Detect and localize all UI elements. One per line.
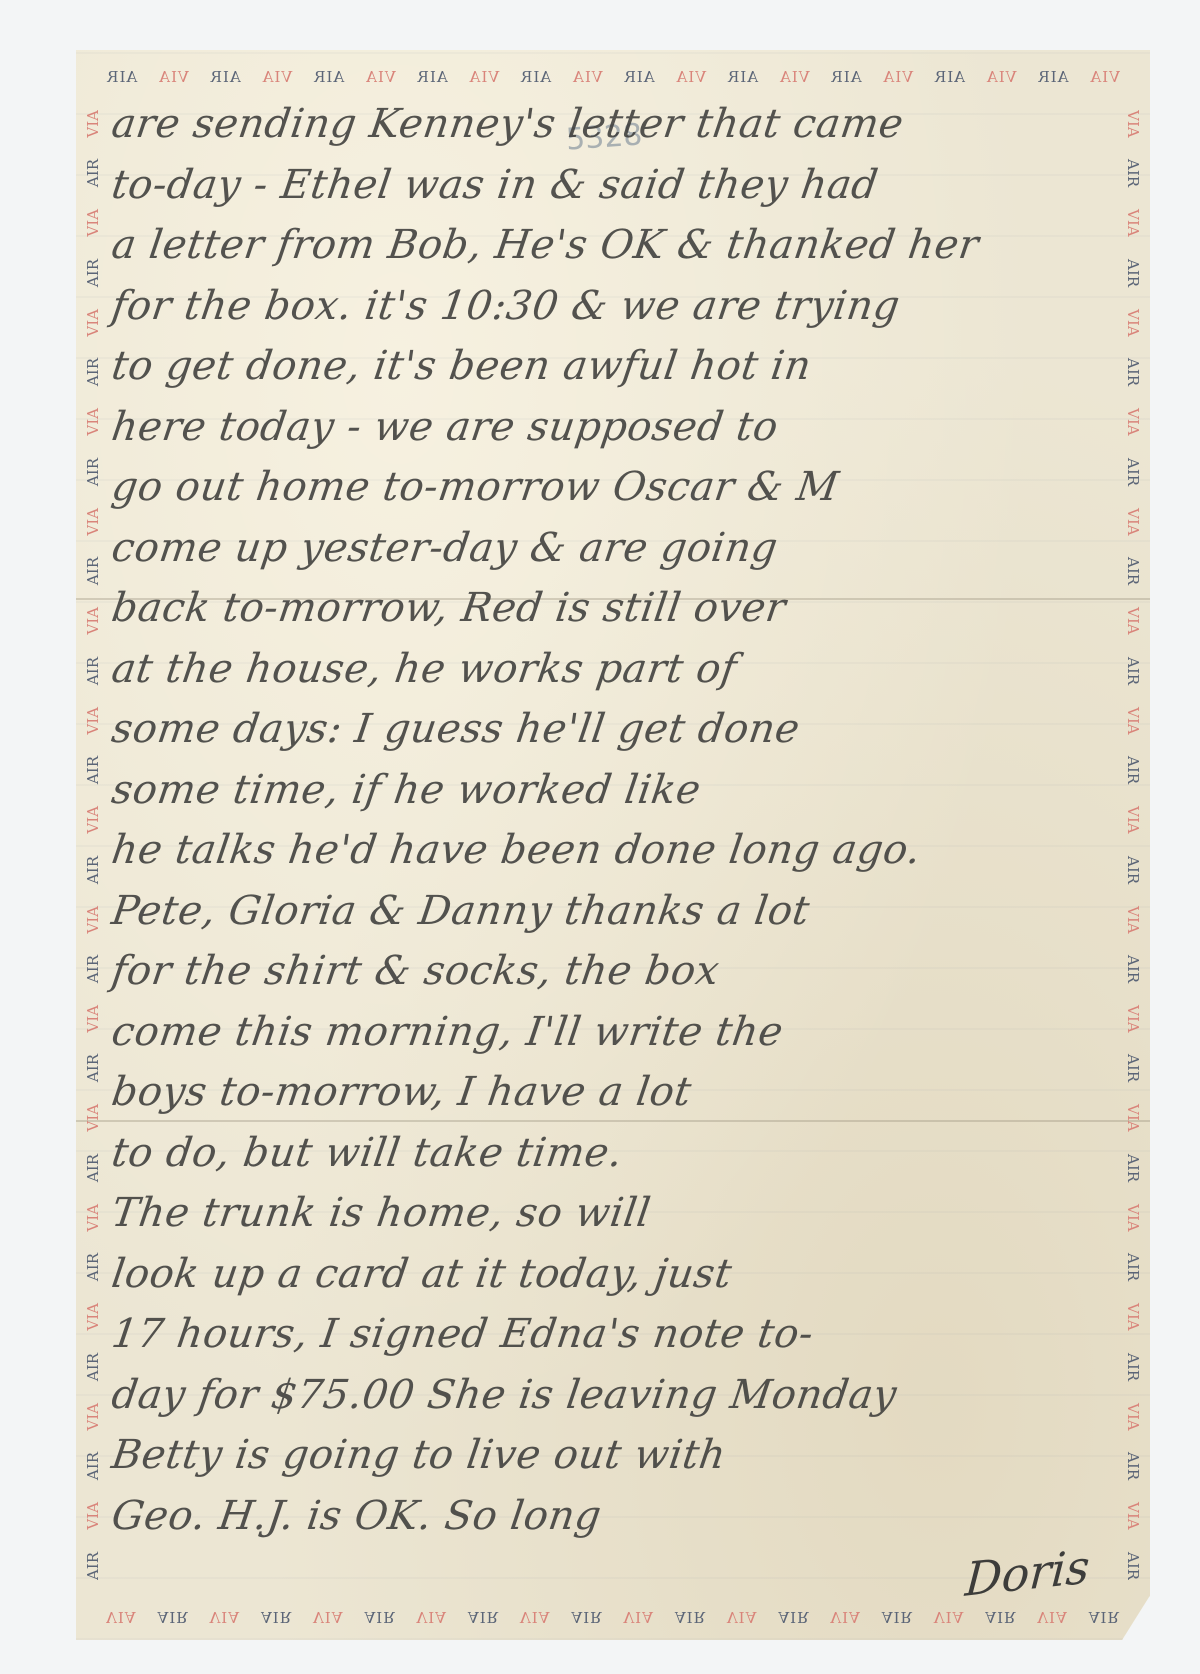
airmail-border-word: VIA [84, 906, 106, 934]
airmail-border-word: AIR [520, 68, 551, 90]
airmail-border-word: VIA [84, 1303, 106, 1331]
handwritten-line: The trunk is home, so will [108, 1183, 1127, 1244]
letter-page: VIAAIRVIAAIRVIAAIRVIAAIRVIAAIRVIAAIRVIAA… [76, 50, 1150, 1640]
airmail-border-word: VIA [365, 68, 396, 90]
airmail-border-word: AIR [84, 159, 106, 187]
airmail-border-word: AIR [934, 68, 965, 90]
airmail-border-word: VIA [779, 68, 810, 90]
airmail-border-word: AIR [831, 68, 862, 90]
airmail-border-word: VIA [520, 1604, 551, 1626]
handwritten-line: he talks he'd have been done long ago. [108, 820, 1127, 881]
airmail-border-word: VIA [727, 1604, 758, 1626]
handwritten-line: 17 hours, I signed Edna's note to- [108, 1304, 1127, 1365]
airmail-border-word: VIA [84, 1104, 106, 1132]
airmail-border-word: VIA [84, 1204, 106, 1232]
airmail-border-word: VIA [934, 1604, 965, 1626]
airmail-border-word: VIA [209, 1604, 240, 1626]
airmail-border-top: VIAAIRVIAAIRVIAAIRVIAAIRVIAAIRVIAAIRVIAA… [106, 68, 1120, 90]
airmail-border-word: VIA [84, 508, 106, 536]
handwritten-line: Pete, Gloria & Danny thanks a lot [108, 881, 1127, 942]
handwritten-line: to get done, it's been awful hot in [108, 336, 1127, 397]
airmail-border-word: VIA [262, 68, 293, 90]
airmail-border-word: AIR [778, 1604, 809, 1626]
handwritten-line: go out home to-morrow Oscar & M [108, 457, 1127, 518]
airmail-border-word: VIA [84, 1005, 106, 1033]
airmail-border-word: AIR [1120, 1552, 1142, 1580]
airmail-border-word: AIR [84, 557, 106, 585]
airmail-border-word: VIA [1120, 607, 1142, 635]
airmail-border-word: VIA [106, 1604, 137, 1626]
airmail-border-word: AIR [84, 458, 106, 486]
airmail-border-word: VIA [84, 607, 106, 635]
airmail-border-word: AIR [571, 1604, 602, 1626]
airmail-border-word: VIA [84, 806, 106, 834]
airmail-border-word: AIR [261, 1604, 292, 1626]
handwritten-line: come up yester-day & are going [108, 518, 1127, 579]
airmail-border-word: AIR [1120, 657, 1142, 685]
airmail-border-word: AIR [1089, 1604, 1120, 1626]
airmail-border-right: VIAAIRVIAAIRVIAAIRVIAAIRVIAAIRVIAAIRVIAA… [1120, 110, 1142, 1580]
airmail-border-word: AIR [727, 68, 758, 90]
handwritten-line: day for $75.00 She is leaving Monday [108, 1365, 1127, 1426]
airmail-border-word: VIA [416, 1604, 447, 1626]
handwritten-line: Betty is going to live out with [108, 1425, 1127, 1486]
airmail-border-word: AIR [106, 68, 137, 90]
handwritten-line: look up a card at it today, just [108, 1244, 1127, 1305]
airmail-border-word: AIR [158, 1604, 189, 1626]
handwritten-line: a letter from Bob, He's OK & thanked her [108, 215, 1127, 276]
airmail-border-left: VIAAIRVIAAIRVIAAIRVIAAIRVIAAIRVIAAIRVIAA… [84, 110, 106, 1580]
airmail-border-word: VIA [830, 1604, 861, 1626]
airmail-border-word: AIR [1120, 358, 1142, 386]
airmail-border-word: AIR [417, 68, 448, 90]
airmail-border-word: VIA [84, 707, 106, 735]
airmail-border-word: AIR [364, 1604, 395, 1626]
handwritten-line: here today - we are supposed to [108, 397, 1127, 458]
handwritten-line: some time, if he worked like [108, 760, 1127, 821]
handwritten-line: for the box. it's 10:30 & we are trying [108, 276, 1127, 337]
airmail-border-word: AIR [468, 1604, 499, 1626]
airmail-border-word: AIR [84, 1353, 106, 1381]
airmail-border-word: AIR [84, 1154, 106, 1182]
airmail-border-word: VIA [84, 110, 106, 138]
airmail-border-word: VIA [1089, 68, 1120, 90]
airmail-border-word: VIA [313, 1604, 344, 1626]
handwritten-line: Geo. H.J. is OK. So long [108, 1486, 1127, 1547]
handwritten-line: boys to-morrow, I have a lot [108, 1062, 1127, 1123]
airmail-border-word: AIR [313, 68, 344, 90]
airmail-border-word: VIA [623, 1604, 654, 1626]
signature: Doris [964, 1539, 1092, 1607]
airmail-border-word: VIA [84, 1502, 106, 1530]
handwritten-line: are sending Kenney's letter that came [108, 94, 1127, 155]
airmail-border-word: AIR [882, 1604, 913, 1626]
handwritten-line: some days: I guess he'll get done [108, 699, 1127, 760]
letter-body: are sending Kenney's letter that came to… [112, 94, 1122, 1546]
airmail-border-word: AIR [624, 68, 655, 90]
airmail-border-word: AIR [1120, 1154, 1142, 1182]
airmail-border-word: VIA [84, 309, 106, 337]
airmail-border-word: AIR [84, 259, 106, 287]
airmail-border-word: VIA [676, 68, 707, 90]
airmail-border-word: AIR [84, 1552, 106, 1580]
airmail-border-word: VIA [1120, 309, 1142, 337]
handwritten-line: for the shirt & socks, the box [108, 941, 1127, 1002]
airmail-border-word: AIR [84, 1253, 106, 1281]
airmail-border-word: VIA [1120, 1204, 1142, 1232]
airmail-border-word: AIR [985, 1604, 1016, 1626]
airmail-border-word: AIR [210, 68, 241, 90]
airmail-border-word: VIA [84, 408, 106, 436]
handwritten-line: come this morning, I'll write the [108, 1002, 1127, 1063]
airmail-border-word: VIA [572, 68, 603, 90]
airmail-border-word: VIA [1037, 1604, 1068, 1626]
airmail-border-word: AIR [84, 358, 106, 386]
airmail-border-word: VIA [986, 68, 1017, 90]
airmail-border-bottom: VIAAIRVIAAIRVIAAIRVIAAIRVIAAIRVIAAIRVIAA… [106, 1604, 1120, 1626]
airmail-border-word: AIR [84, 657, 106, 685]
airmail-border-word: AIR [1120, 1452, 1142, 1480]
handwritten-line: to do, but will take time. [108, 1123, 1127, 1184]
handwritten-line: back to-morrow, Red is still over [108, 578, 1127, 639]
airmail-border-word: AIR [84, 856, 106, 884]
airmail-border-word: AIR [84, 756, 106, 784]
airmail-border-word: AIR [84, 1452, 106, 1480]
airmail-border-word: AIR [675, 1604, 706, 1626]
airmail-border-word: AIR [1037, 68, 1068, 90]
airmail-border-word: AIR [84, 1054, 106, 1082]
handwritten-line: at the house, he works part of [108, 639, 1127, 700]
airmail-border-word: VIA [84, 1403, 106, 1431]
airmail-border-word: AIR [84, 955, 106, 983]
airmail-border-word: VIA [469, 68, 500, 90]
airmail-border-word: VIA [84, 209, 106, 237]
airmail-border-word: AIR [1120, 856, 1142, 884]
airmail-border-word: VIA [1120, 906, 1142, 934]
airmail-border-word: VIA [158, 68, 189, 90]
handwritten-line: to-day - Ethel was in & said they had [108, 155, 1127, 216]
airmail-border-word: VIA [882, 68, 913, 90]
